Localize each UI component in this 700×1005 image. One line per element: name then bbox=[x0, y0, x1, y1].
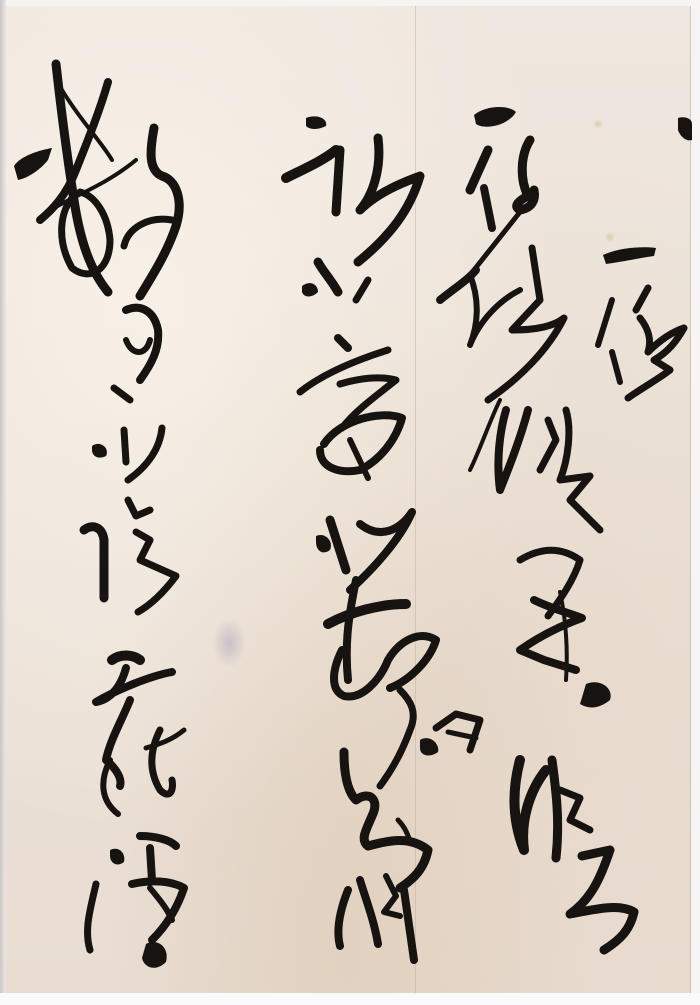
column-center bbox=[286, 116, 480, 960]
column-far-right bbox=[598, 117, 692, 398]
column-left bbox=[14, 64, 184, 968]
column-right bbox=[440, 107, 634, 950]
calligraphy-ink bbox=[0, 0, 700, 1005]
